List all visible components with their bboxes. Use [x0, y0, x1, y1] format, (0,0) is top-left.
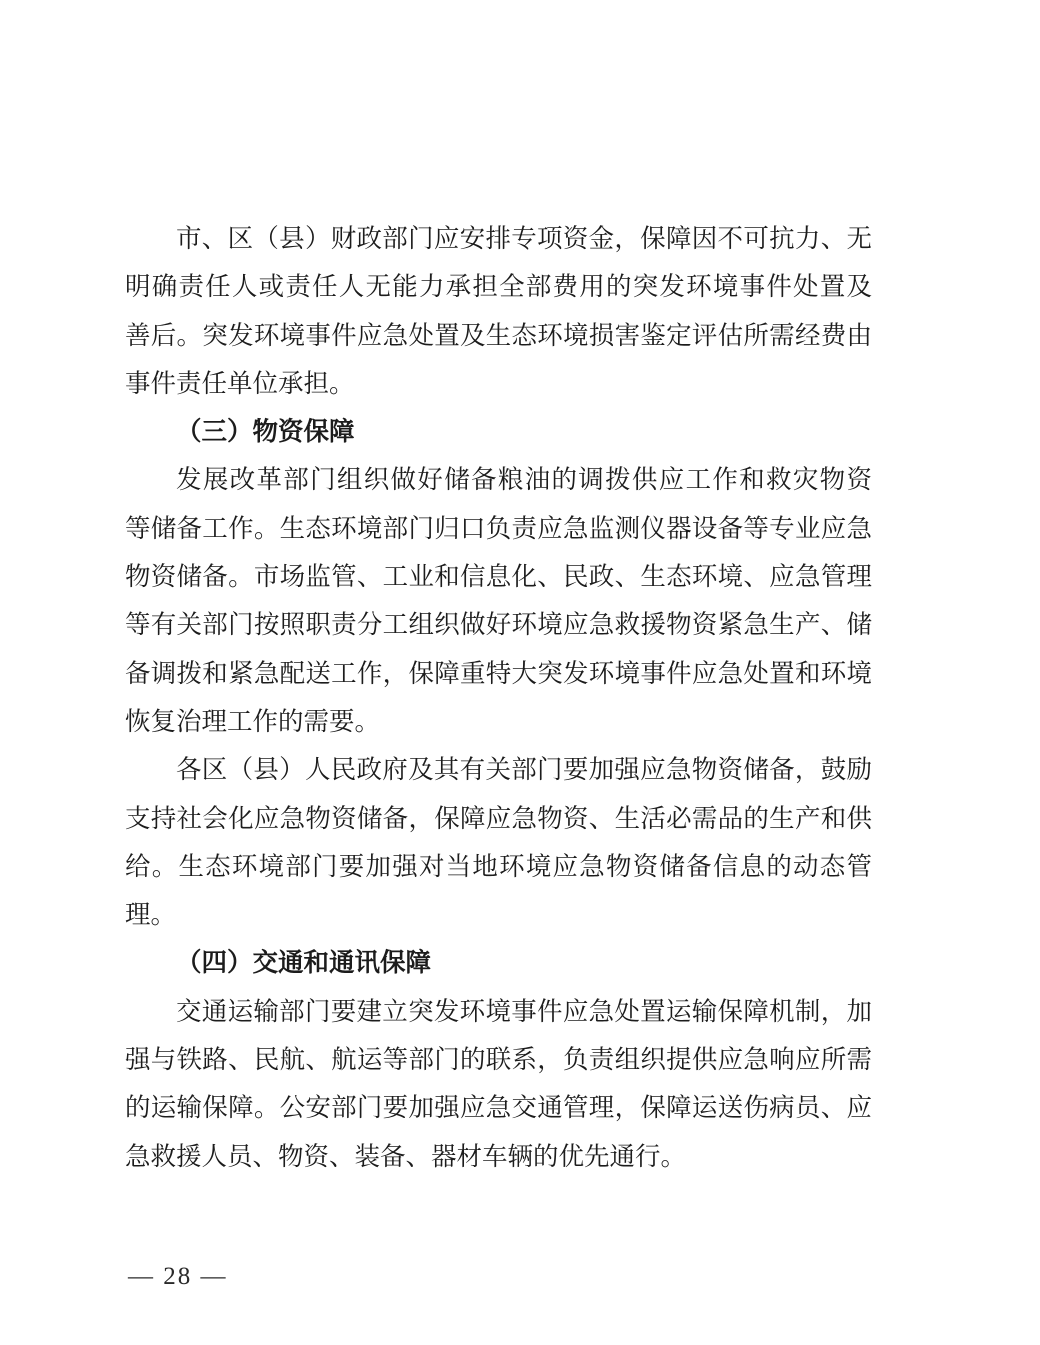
text-line: 交通运输部门要建立突发环境事件应急处置运输保障机制，加 — [125, 988, 872, 1036]
text-line: 强与铁路、民航、航运等部门的联系，负责组织提供应急响应所需 — [125, 1036, 872, 1084]
text-line: 发展改革部门组织做好储备粮油的调拨供应工作和救灾物资 — [125, 456, 872, 504]
text-line: 等储备工作。生态环境部门归口负责应急监测仪器设备等专业应急 — [125, 505, 872, 553]
text-line: 市、区（县）财政部门应安排专项资金，保障因不可抗力、无 — [125, 215, 872, 263]
text-line: 备调拨和紧急配送工作，保障重特大突发环境事件应急处置和环境 — [125, 650, 872, 698]
section-heading: （四）交通和通讯保障 — [125, 939, 872, 987]
text-line: 恢复治理工作的需要。 — [125, 698, 872, 746]
text-line: （三）物资保障 — [125, 408, 872, 456]
text-line: 事件责任单位承担。 — [125, 360, 872, 408]
paragraph: 交通运输部门要建立突发环境事件应急处置运输保障机制，加强与铁路、民航、航运等部门… — [125, 988, 872, 1181]
page-number: — 28 — — [128, 1263, 228, 1291]
text-line: 等有关部门按照职责分工组织做好环境应急救援物资紧急生产、储 — [125, 601, 872, 649]
document-page: 市、区（县）财政部门应安排专项资金，保障因不可抗力、无明确责任人或责任人无能力承… — [0, 0, 1040, 1345]
paragraph: 发展改革部门组织做好储备粮油的调拨供应工作和救灾物资等储备工作。生态环境部门归口… — [125, 456, 872, 746]
text-line: 支持社会化应急物资储备，保障应急物资、生活必需品的生产和供 — [125, 795, 872, 843]
text-line: 善后。突发环境事件应急处置及生态环境损害鉴定评估所需经费由 — [125, 312, 872, 360]
text-line: （四）交通和通讯保障 — [125, 939, 872, 987]
text-line: 给。生态环境部门要加强对当地环境应急物资储备信息的动态管 — [125, 843, 872, 891]
text-line: 物资储备。市场监管、工业和信息化、民政、生态环境、应急管理 — [125, 553, 872, 601]
text-line: 明确责任人或责任人无能力承担全部费用的突发环境事件处置及 — [125, 263, 872, 311]
text-line: 各区（县）人民政府及其有关部门要加强应急物资储备，鼓励 — [125, 746, 872, 794]
text-line: 的运输保障。公安部门要加强应急交通管理，保障运送伤病员、应 — [125, 1084, 872, 1132]
text-line: 急救援人员、物资、装备、器材车辆的优先通行。 — [125, 1133, 872, 1181]
document-body: 市、区（县）财政部门应安排专项资金，保障因不可抗力、无明确责任人或责任人无能力承… — [125, 215, 872, 1181]
paragraph: 市、区（县）财政部门应安排专项资金，保障因不可抗力、无明确责任人或责任人无能力承… — [125, 215, 872, 408]
section-heading: （三）物资保障 — [125, 408, 872, 456]
text-line: 理。 — [125, 891, 872, 939]
paragraph: 各区（县）人民政府及其有关部门要加强应急物资储备，鼓励支持社会化应急物资储备，保… — [125, 746, 872, 939]
